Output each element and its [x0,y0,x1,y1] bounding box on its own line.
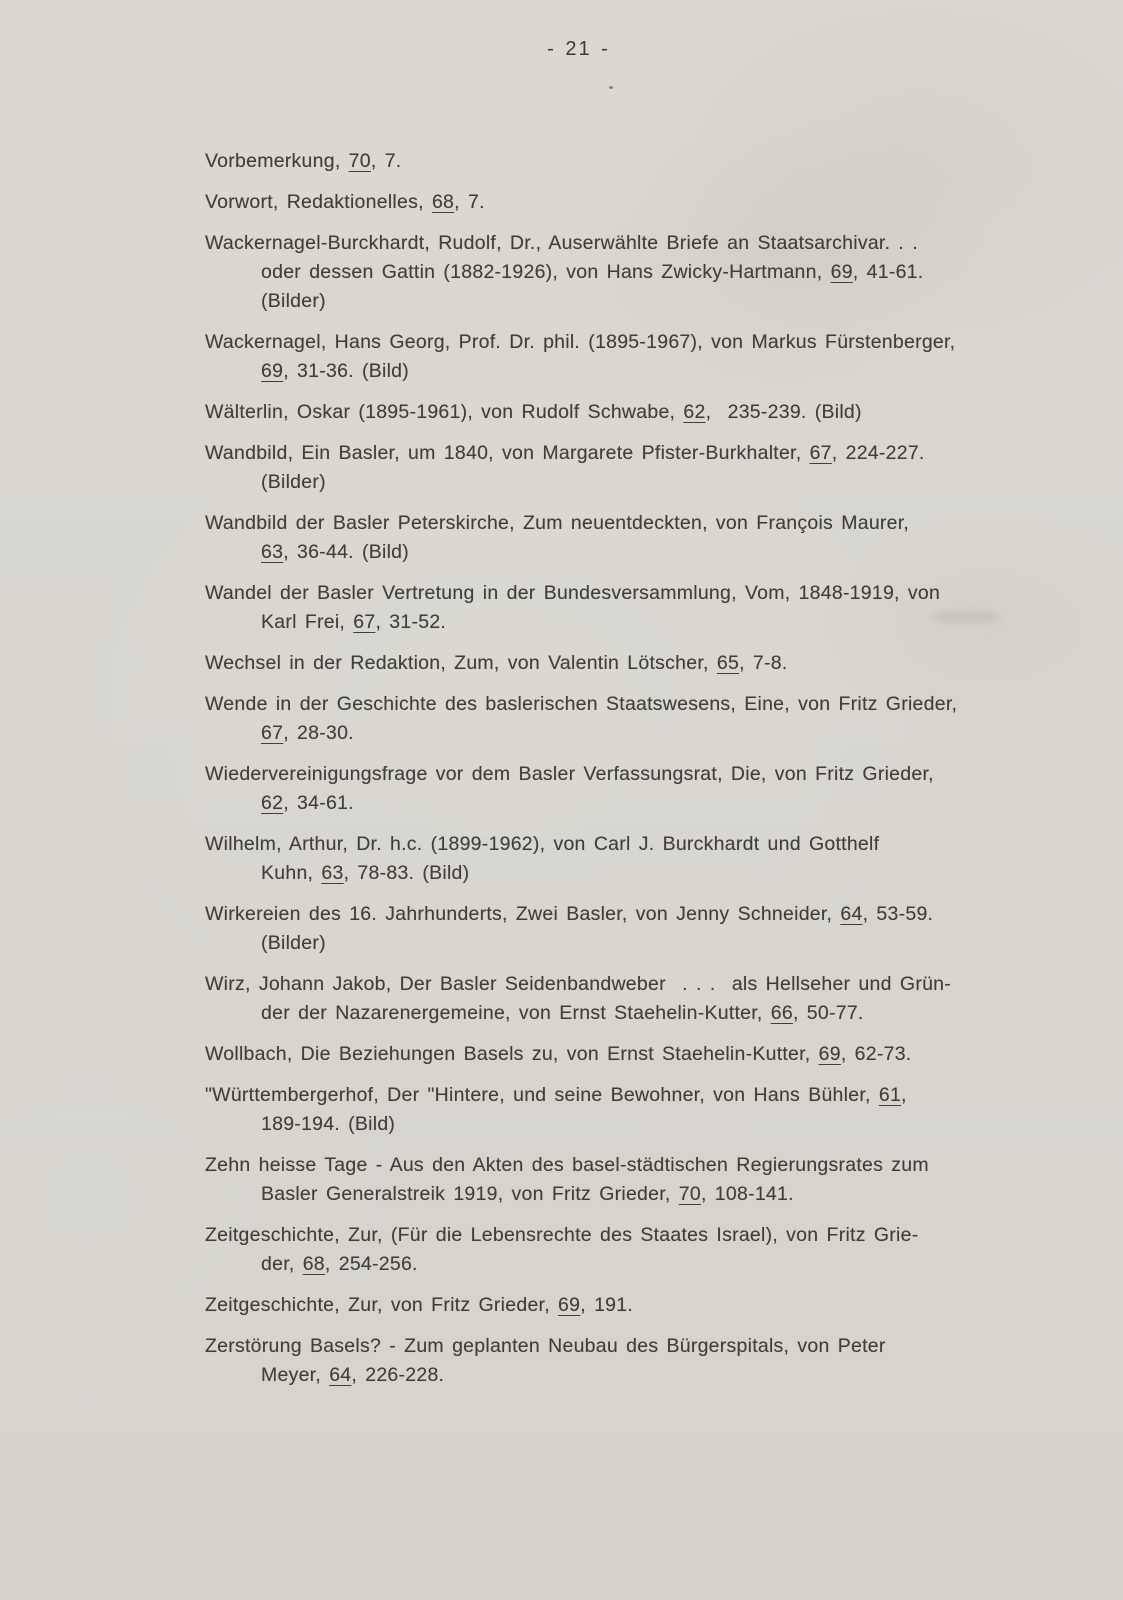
entry-text: Wollbach, Die Beziehungen Basels zu, von… [205,1043,819,1065]
entry-line: 69, 31-36. (Bild) [261,357,1075,386]
entry-text: Zehn heisse Tage - Aus den Akten des bas… [205,1154,929,1176]
entry-text: , 53-59. [863,903,934,925]
entry-line: Wechsel in der Redaktion, Zum, von Valen… [205,649,1075,678]
entry-text: Wiedervereinigungsfrage vor dem Basler V… [205,763,934,785]
entry-text: Vorbemerkung, [205,150,349,172]
volume-number: 63 [321,862,343,884]
ink-speck [609,86,613,89]
entry-text: (Bilder) [261,471,326,493]
entry-text: Wirkereien des 16. Jahrhunderts, Zwei Ba… [205,903,840,925]
index-entry: Wende in der Geschichte des baslerischen… [205,690,1075,748]
entry-text: , 7-8. [739,652,787,674]
entry-text: Wechsel in der Redaktion, Zum, von Valen… [205,652,717,674]
volume-number: 68 [303,1253,325,1275]
entry-text: , 7. [454,191,485,213]
entry-text: , 78-83. (Bild) [344,862,470,884]
entry-text: Zeitgeschichte, Zur, von Fritz Grieder, [205,1294,558,1316]
entry-line: Vorwort, Redaktionelles, 68, 7. [205,188,1075,217]
entry-line: Wiedervereinigungsfrage vor dem Basler V… [205,760,1075,789]
entry-text: Zeitgeschichte, Zur, (Für die Lebensrech… [205,1224,918,1246]
volume-number: 69 [831,261,853,283]
entry-text: , 235-239. (Bild) [706,401,862,423]
entry-line: Wandel der Basler Vertretung in der Bund… [205,579,1075,608]
volume-number: 69 [261,360,283,382]
index-entry: Wandel der Basler Vertretung in der Bund… [205,579,1075,637]
entry-line: Kuhn, 63, 78-83. (Bild) [261,859,1075,888]
entry-text: Wackernagel-Burckhardt, Rudolf, Dr., Aus… [205,232,918,254]
entry-text: Wilhelm, Arthur, Dr. h.c. (1899-1962), v… [205,833,879,855]
entry-text: "Württembergerhof, Der "Hintere, und sei… [205,1084,879,1106]
entry-line: Wirkereien des 16. Jahrhunderts, Zwei Ba… [205,900,1075,929]
scanned-index-page: - 21 - Vorbemerkung, 70, 7.Vorwort, Reda… [0,0,1123,1600]
volume-number: 63 [261,541,283,563]
volume-number: 64 [329,1364,351,1386]
entry-text: Vorwort, Redaktionelles, [205,191,432,213]
entry-line: (Bilder) [261,287,1075,316]
entry-line: Wackernagel, Hans Georg, Prof. Dr. phil.… [205,328,1075,357]
entry-line: Meyer, 64, 226-228. [261,1361,1075,1390]
index-entry: Wälterlin, Oskar (1895-1961), von Rudolf… [205,398,1075,427]
entry-text: , 50-77. [793,1002,864,1024]
entry-text: , 224-227. [832,442,925,464]
entry-text: , 254-256. [325,1253,418,1275]
volume-number: 62 [261,792,283,814]
entry-line: "Württembergerhof, Der "Hintere, und sei… [205,1081,1075,1110]
page-number: - 21 - [17,38,1123,61]
index-entry: Wollbach, Die Beziehungen Basels zu, von… [205,1040,1075,1069]
entry-text: oder dessen Gattin (1882-1926), von Hans… [261,261,831,283]
entry-text: Kuhn, [261,862,321,884]
volume-number: 70 [679,1183,701,1205]
entry-line: 67, 28-30. [261,719,1075,748]
entry-text: , 34-61. [283,792,354,814]
entry-text: , 108-141. [701,1183,794,1205]
entry-text: Meyer, [261,1364,329,1386]
entry-line: Zehn heisse Tage - Aus den Akten des bas… [205,1151,1075,1180]
entry-line: Wandbild der Basler Peterskirche, Zum ne… [205,509,1075,538]
entry-text: Basler Generalstreik 1919, von Fritz Gri… [261,1183,679,1205]
entry-text: Wirz, Johann Jakob, Der Basler Seidenban… [205,973,951,995]
entry-text: , [901,1084,907,1106]
volume-number: 61 [879,1084,901,1106]
entry-line: der der Nazarenergemeine, von Ernst Stae… [261,999,1075,1028]
volume-number: 65 [717,652,739,674]
entry-text: der, [261,1253,303,1275]
entry-text: der der Nazarenergemeine, von Ernst Stae… [261,1002,771,1024]
entry-line: Zeitgeschichte, Zur, (Für die Lebensrech… [205,1221,1075,1250]
volume-number: 62 [683,401,705,423]
index-entry: Wilhelm, Arthur, Dr. h.c. (1899-1962), v… [205,830,1075,888]
volume-number: 64 [840,903,862,925]
entry-line: der, 68, 254-256. [261,1250,1075,1279]
entry-text: , 7. [371,150,402,172]
entry-line: Wandbild, Ein Basler, um 1840, von Marga… [205,439,1075,468]
entry-text: , 36-44. (Bild) [283,541,409,563]
volume-number: 70 [349,150,371,172]
index-entry: Wackernagel-Burckhardt, Rudolf, Dr., Aus… [205,229,1075,316]
entry-text: Zerstörung Basels? - Zum geplanten Neuba… [205,1335,886,1357]
entry-line: Wirz, Johann Jakob, Der Basler Seidenban… [205,970,1075,999]
index-entry: Wackernagel, Hans Georg, Prof. Dr. phil.… [205,328,1075,386]
volume-number: 68 [432,191,454,213]
entry-text: , 41-61. [853,261,924,283]
index-entry: Vorbemerkung, 70, 7. [205,147,1075,176]
entry-line: (Bilder) [261,468,1075,497]
entry-text: , 28-30. [283,722,354,744]
volume-number: 66 [771,1002,793,1024]
index-entry: Wandbild der Basler Peterskirche, Zum ne… [205,509,1075,567]
entry-text: (Bilder) [261,932,326,954]
index-entry: Zerstörung Basels? - Zum geplanten Neuba… [205,1332,1075,1390]
volume-number: 69 [819,1043,841,1065]
entry-line: Vorbemerkung, 70, 7. [205,147,1075,176]
entry-text: , 31-36. (Bild) [283,360,409,382]
volume-number: 67 [261,722,283,744]
entry-text: (Bilder) [261,290,326,312]
entry-line: Zerstörung Basels? - Zum geplanten Neuba… [205,1332,1075,1361]
entry-text: , 31-52. [375,611,446,633]
entry-text: Wende in der Geschichte des baslerischen… [205,693,957,715]
entry-text: Karl Frei, [261,611,353,633]
entry-line: 63, 36-44. (Bild) [261,538,1075,567]
volume-number: 67 [810,442,832,464]
index-entry: Wirz, Johann Jakob, Der Basler Seidenban… [205,970,1075,1028]
entry-text: 189-194. (Bild) [261,1113,395,1135]
index-entry: Vorwort, Redaktionelles, 68, 7. [205,188,1075,217]
volume-number: 69 [558,1294,580,1316]
entry-text: Wandel der Basler Vertretung in der Bund… [205,582,940,604]
entry-line: (Bilder) [261,929,1075,958]
entry-line: Wackernagel-Burckhardt, Rudolf, Dr., Aus… [205,229,1075,258]
entry-text: Wandbild, Ein Basler, um 1840, von Marga… [205,442,810,464]
index-list: Vorbemerkung, 70, 7.Vorwort, Redaktionel… [205,147,1075,1402]
index-entry: Wechsel in der Redaktion, Zum, von Valen… [205,649,1075,678]
entry-line: 189-194. (Bild) [261,1110,1075,1139]
entry-text: , 191. [580,1294,633,1316]
entry-line: Wollbach, Die Beziehungen Basels zu, von… [205,1040,1075,1069]
entry-line: Wende in der Geschichte des baslerischen… [205,690,1075,719]
index-entry: Wirkereien des 16. Jahrhunderts, Zwei Ba… [205,900,1075,958]
entry-line: Basler Generalstreik 1919, von Fritz Gri… [261,1180,1075,1209]
entry-line: Wälterlin, Oskar (1895-1961), von Rudolf… [205,398,1075,427]
index-entry: Zeitgeschichte, Zur, (Für die Lebensrech… [205,1221,1075,1279]
entry-text: Wälterlin, Oskar (1895-1961), von Rudolf… [205,401,683,423]
entry-line: Wilhelm, Arthur, Dr. h.c. (1899-1962), v… [205,830,1075,859]
entry-line: oder dessen Gattin (1882-1926), von Hans… [261,258,1075,287]
entry-text: Wandbild der Basler Peterskirche, Zum ne… [205,512,909,534]
index-entry: Zeitgeschichte, Zur, von Fritz Grieder, … [205,1291,1075,1320]
index-entry: Zehn heisse Tage - Aus den Akten des bas… [205,1151,1075,1209]
entry-line: 62, 34-61. [261,789,1075,818]
entry-line: Zeitgeschichte, Zur, von Fritz Grieder, … [205,1291,1075,1320]
index-entry: Wiedervereinigungsfrage vor dem Basler V… [205,760,1075,818]
index-entry: "Württembergerhof, Der "Hintere, und sei… [205,1081,1075,1139]
volume-number: 67 [353,611,375,633]
index-entry: Wandbild, Ein Basler, um 1840, von Marga… [205,439,1075,497]
entry-line: Karl Frei, 67, 31-52. [261,608,1075,637]
entry-text: Wackernagel, Hans Georg, Prof. Dr. phil.… [205,331,955,353]
entry-text: , 62-73. [841,1043,912,1065]
entry-text: , 226-228. [351,1364,444,1386]
